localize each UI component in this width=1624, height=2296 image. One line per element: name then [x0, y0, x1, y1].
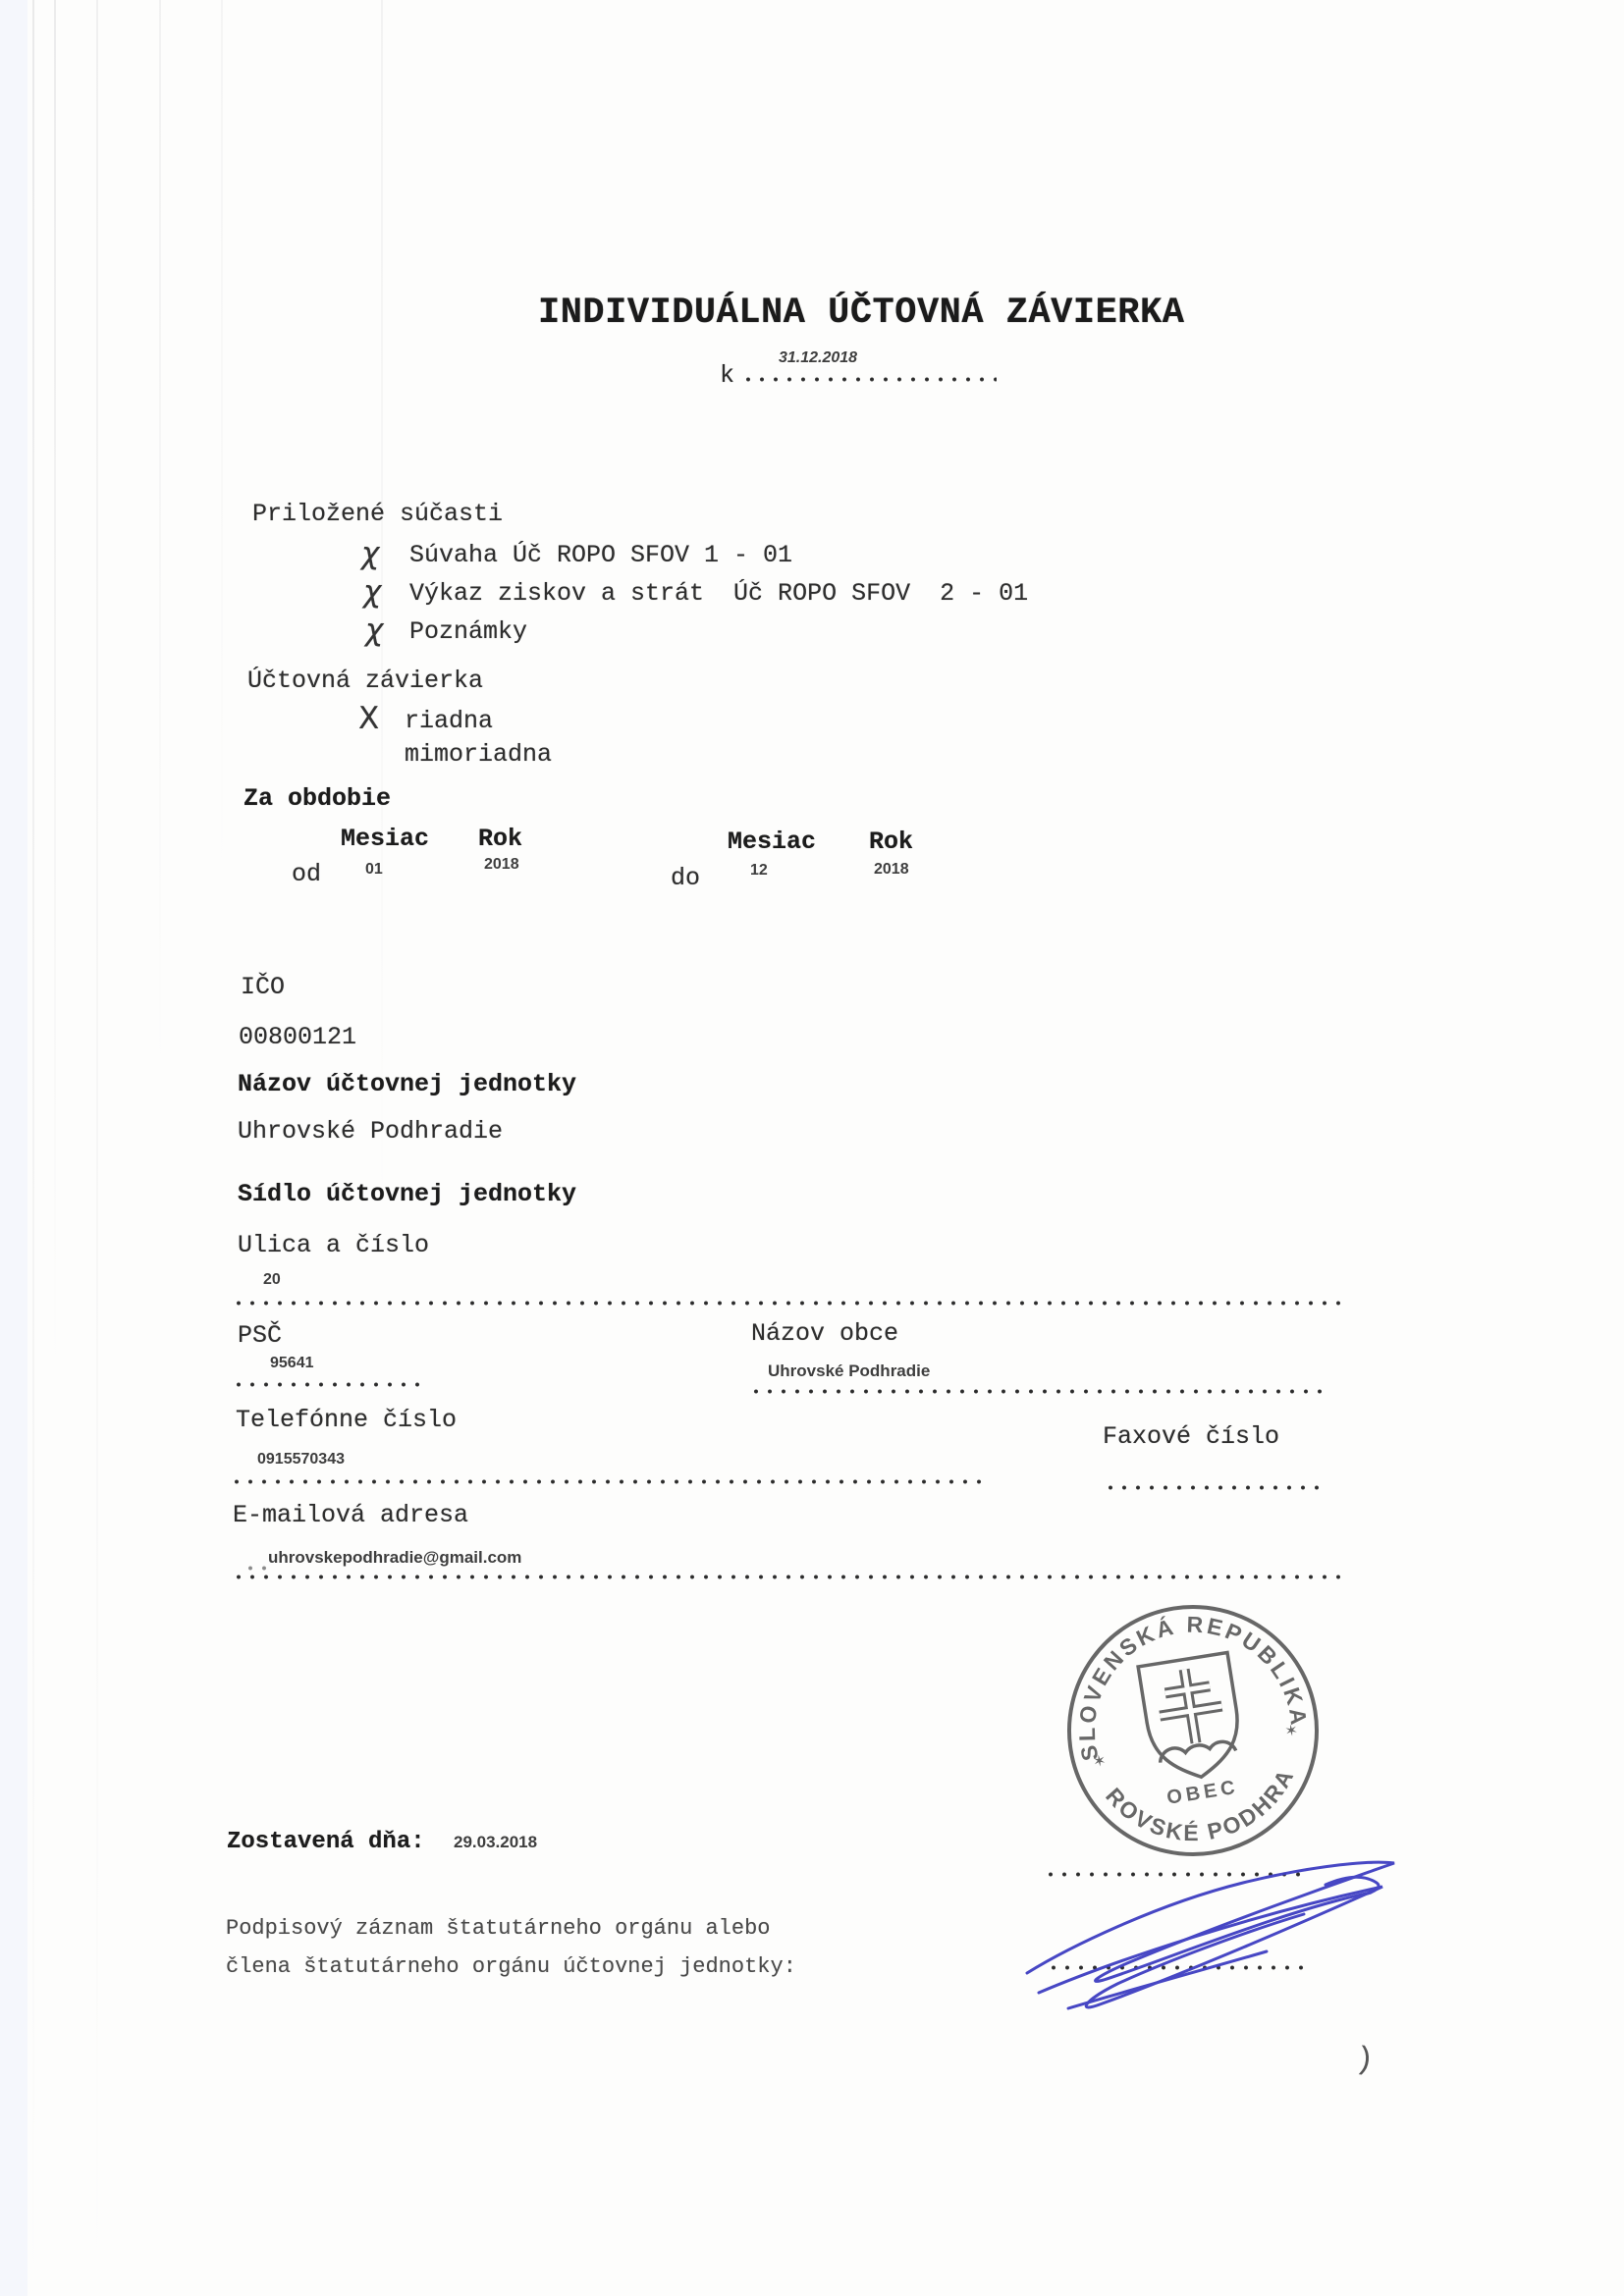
statement-heading: Účtovná závierka	[247, 668, 483, 694]
k-date-value: 31.12.2018	[779, 350, 857, 367]
attachment-item-vykaz: Výkaz ziskov a strát Úč ROPO SFOV 2 - 01	[409, 581, 1028, 607]
option-mimoriadna: mimoriadna	[405, 742, 552, 768]
phone-label: Telefónne číslo	[236, 1408, 457, 1433]
document-title: INDIVIDUÁLNA ÚČTOVNÁ ZÁVIERKA	[538, 294, 1184, 333]
scan-streak	[96, 0, 98, 2296]
entity-name-value: Uhrovské Podhradie	[238, 1119, 503, 1145]
email-value: uhrovskepodhradie@gmail.com	[268, 1549, 521, 1567]
phone-value: 0915570343	[257, 1452, 345, 1468]
period-month-label-from: Mesiac	[341, 827, 429, 852]
k-date-dotted-line	[745, 376, 997, 383]
signature-note-line1: Podpisový záznam štatutárneho orgánu ale…	[226, 1917, 771, 1940]
compiled-date-value: 29.03.2018	[454, 1834, 537, 1851]
email-label: E-mailová adresa	[233, 1503, 468, 1528]
town-value: Uhrovské Podhradie	[768, 1362, 930, 1380]
period-to-label: do	[671, 866, 700, 891]
email-dotted-line	[236, 1574, 1347, 1580]
period-from-month-value: 01	[365, 862, 383, 879]
street-dotted-line	[236, 1300, 1347, 1307]
period-year-label-to: Rok	[869, 829, 913, 855]
attachment-item-poznamky: Poznámky	[409, 619, 527, 645]
address-heading: Sídlo účtovnej jednotky	[238, 1182, 576, 1207]
period-heading: Za obdobie	[244, 786, 391, 812]
pen-mark-artifact: )	[1353, 2043, 1376, 2077]
ico-value: 00800121	[239, 1025, 356, 1050]
attachment-item-suvaha: Súvaha Úč ROPO SFOV 1 - 01	[409, 543, 792, 568]
scan-streak	[159, 0, 161, 1080]
stamp-center-text: OBEC	[1165, 1777, 1240, 1809]
stamp-star-left-icon: ✶	[1092, 1750, 1107, 1774]
scan-edge-tint	[0, 0, 27, 2296]
handwritten-signature	[1009, 1853, 1422, 2020]
period-from-year-value: 2018	[484, 857, 519, 874]
period-month-label-to: Mesiac	[728, 829, 816, 855]
zip-value: 95641	[270, 1356, 314, 1372]
period-to-year-value: 2018	[874, 862, 909, 879]
scanned-document-page: INDIVIDUÁLNA ÚČTOVNÁ ZÁVIERKA k 31.12.20…	[0, 0, 1624, 2296]
period-to-month-value: 12	[750, 863, 768, 880]
zip-label: PSČ	[238, 1323, 282, 1349]
phone-dotted-line	[234, 1478, 982, 1485]
street-label: Ulica a číslo	[238, 1233, 429, 1258]
period-year-label-from: Rok	[478, 827, 522, 852]
scan-streak	[221, 0, 223, 883]
k-label: k	[720, 363, 734, 389]
official-round-stamp: SLOVENSKÁ REPUBLIKA UHROVSKÉ PODHRADIE ✶…	[1039, 1576, 1346, 1884]
entity-name-label: Názov účtovnej jednotky	[238, 1072, 576, 1097]
option-riadna: riadna	[405, 709, 493, 734]
signature-note-line2: člena štatutárneho orgánu účtovnej jedno…	[226, 1955, 796, 1978]
email-line-ink-speck	[247, 1565, 269, 1572]
zip-dotted-line	[236, 1381, 424, 1388]
checkmark-riadna: X	[358, 703, 379, 735]
stamp-double-cross	[1154, 1665, 1227, 1748]
ico-label: IČO	[241, 975, 285, 1000]
fax-label: Faxové číslo	[1103, 1424, 1279, 1450]
fax-dotted-line	[1108, 1484, 1324, 1491]
period-from-label: od	[292, 862, 321, 887]
town-label: Názov obce	[751, 1321, 898, 1347]
scan-streak	[32, 0, 34, 2296]
street-value: 20	[263, 1272, 281, 1289]
checkmark-poznamky: χ	[365, 614, 383, 647]
checkmark-suvaha: χ	[361, 538, 379, 570]
attachments-heading: Priložené súčasti	[252, 502, 503, 527]
compiled-date-label: Zostavená dňa:	[227, 1830, 425, 1854]
checkmark-vykaz: χ	[363, 576, 381, 609]
scan-streak	[54, 0, 56, 1374]
town-dotted-line	[753, 1388, 1324, 1395]
